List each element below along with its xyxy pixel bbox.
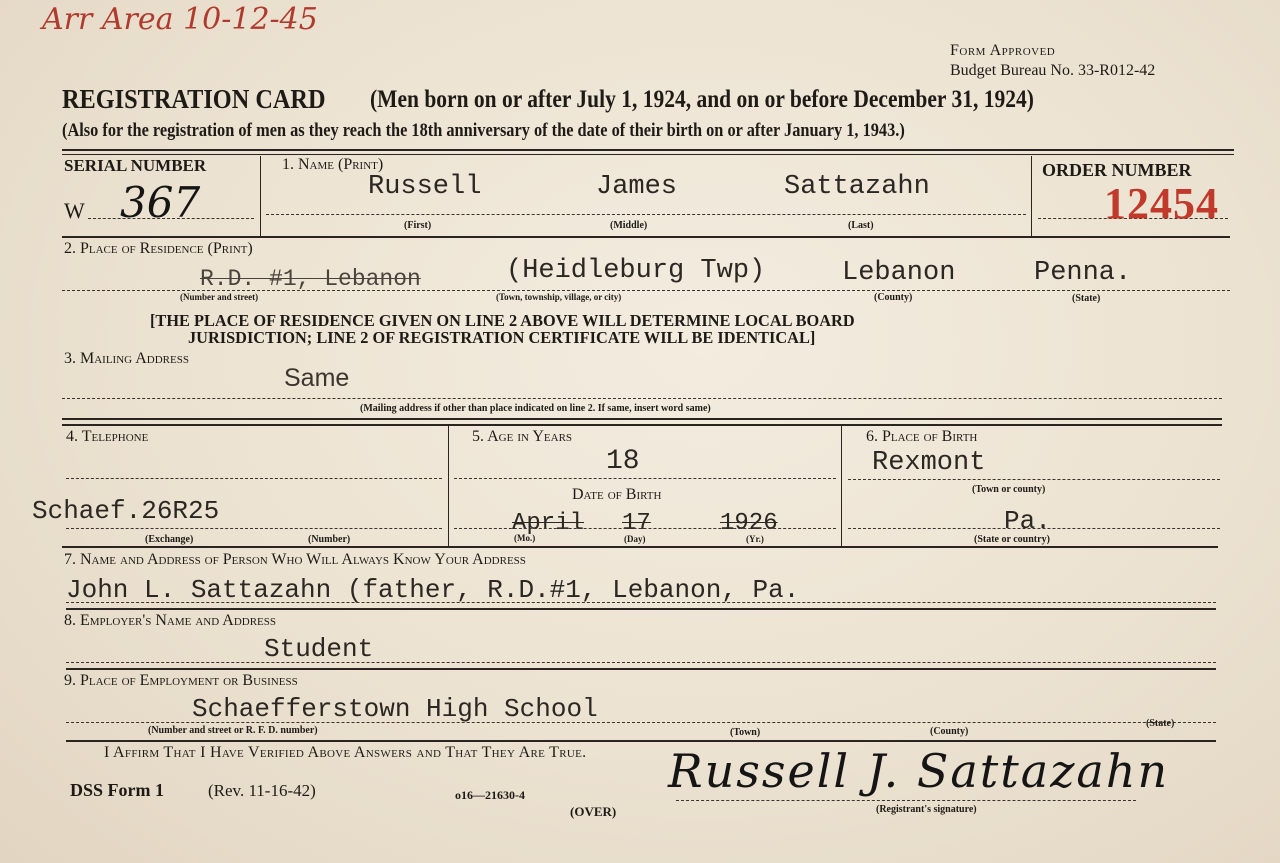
birth-town-value: Rexmont	[872, 448, 985, 478]
day-caption: (Day)	[624, 534, 646, 544]
form-revision: (Rev. 11-16-42)	[208, 781, 316, 801]
employment-town-caption: (Town)	[730, 727, 760, 738]
serial-number-label: SERIAL NUMBER	[64, 156, 206, 176]
birth-town-caption: (Town or county)	[972, 484, 1045, 495]
age-value: 18	[606, 446, 640, 477]
form-id: DSS Form 1	[70, 780, 164, 801]
over-label: (OVER)	[570, 804, 616, 820]
birth-state-value: Pa.	[1004, 506, 1051, 536]
signature-caption: (Registrant's signature)	[876, 804, 977, 815]
contact-person-label: 7. Name and Address of Person Who Will A…	[64, 551, 526, 569]
employment-state-caption: (State)	[1146, 718, 1174, 729]
serial-number-value: 367	[120, 178, 200, 227]
state-caption: (State)	[1072, 293, 1100, 304]
residence-notice-line2: JURISDICTION; LINE 2 OF REGISTRATION CER…	[188, 328, 815, 348]
employment-label: 9. Place of Employment or Business	[64, 672, 298, 690]
dob-day-value: 17	[622, 510, 651, 537]
budget-bureau-number: Budget Bureau No. 33-R012-42	[950, 62, 1155, 80]
place-of-birth-label: 6. Place of Birth	[866, 428, 977, 446]
number-caption: (Number)	[308, 534, 350, 545]
year-caption: (Yr.)	[746, 534, 764, 544]
date-of-birth-label: Date of Birth	[572, 486, 661, 504]
residence-street-value: R.D. #1, Lebanon	[200, 266, 421, 292]
month-caption: (Mo.)	[514, 533, 535, 543]
street-caption: (Number and street)	[180, 292, 258, 302]
residence-state-value: Penna.	[1034, 258, 1131, 288]
form-approved-label: Form Approved	[950, 42, 1055, 60]
handwritten-annotation: Arr Area 10-12-45	[42, 2, 318, 37]
county-caption: (County)	[874, 292, 912, 303]
employer-label: 8. Employer's Name and Address	[64, 612, 276, 630]
age-label: 5. Age in Years	[472, 428, 572, 446]
residence-town-value: (Heidleburg Twp)	[506, 256, 765, 286]
form-subtitle: (Also for the registration of men as the…	[62, 120, 905, 142]
town-caption: (Town, township, village, or city)	[496, 292, 621, 302]
employment-street-caption: (Number and street or R. F. D. number)	[148, 725, 318, 736]
first-name-value: Russell	[368, 172, 481, 202]
affirmation-text: I Affirm That I Have Verified Above Answ…	[104, 744, 586, 762]
employer-value: Student	[264, 634, 373, 664]
birth-state-caption: (State or country)	[974, 534, 1050, 545]
residence-county-value: Lebanon	[842, 258, 955, 288]
employment-value: Schaefferstown High School	[192, 694, 598, 724]
employment-county-caption: (County)	[930, 726, 968, 737]
first-caption: (First)	[404, 220, 431, 231]
exchange-caption: (Exchange)	[145, 534, 193, 545]
middle-name-value: James	[596, 172, 677, 202]
dob-year-value: 1926	[720, 510, 778, 537]
residence-label: 2. Place of Residence (Print)	[64, 240, 253, 258]
form-title-note: (Men born on or after July 1, 1924, and …	[370, 86, 1034, 114]
middle-caption: (Middle)	[610, 220, 647, 231]
last-name-value: Sattazahn	[784, 172, 930, 202]
telephone-value: Schaef.26R25	[32, 496, 219, 526]
mailing-address-value: Same	[284, 364, 349, 393]
last-caption: (Last)	[848, 220, 874, 231]
serial-prefix: W	[64, 198, 85, 224]
registrant-signature: Russell J. Sattazahn	[668, 744, 1169, 798]
mailing-address-label: 3. Mailing Address	[64, 350, 189, 368]
print-code: o16—21630-4	[455, 788, 525, 803]
order-number-value: 12454	[1104, 178, 1219, 229]
form-title: REGISTRATION CARD	[62, 84, 326, 115]
mailing-address-caption: (Mailing address if other than place ind…	[360, 403, 711, 414]
contact-person-value: John L. Sattazahn (father, R.D.#1, Leban…	[66, 575, 799, 605]
telephone-label: 4. Telephone	[66, 428, 148, 446]
